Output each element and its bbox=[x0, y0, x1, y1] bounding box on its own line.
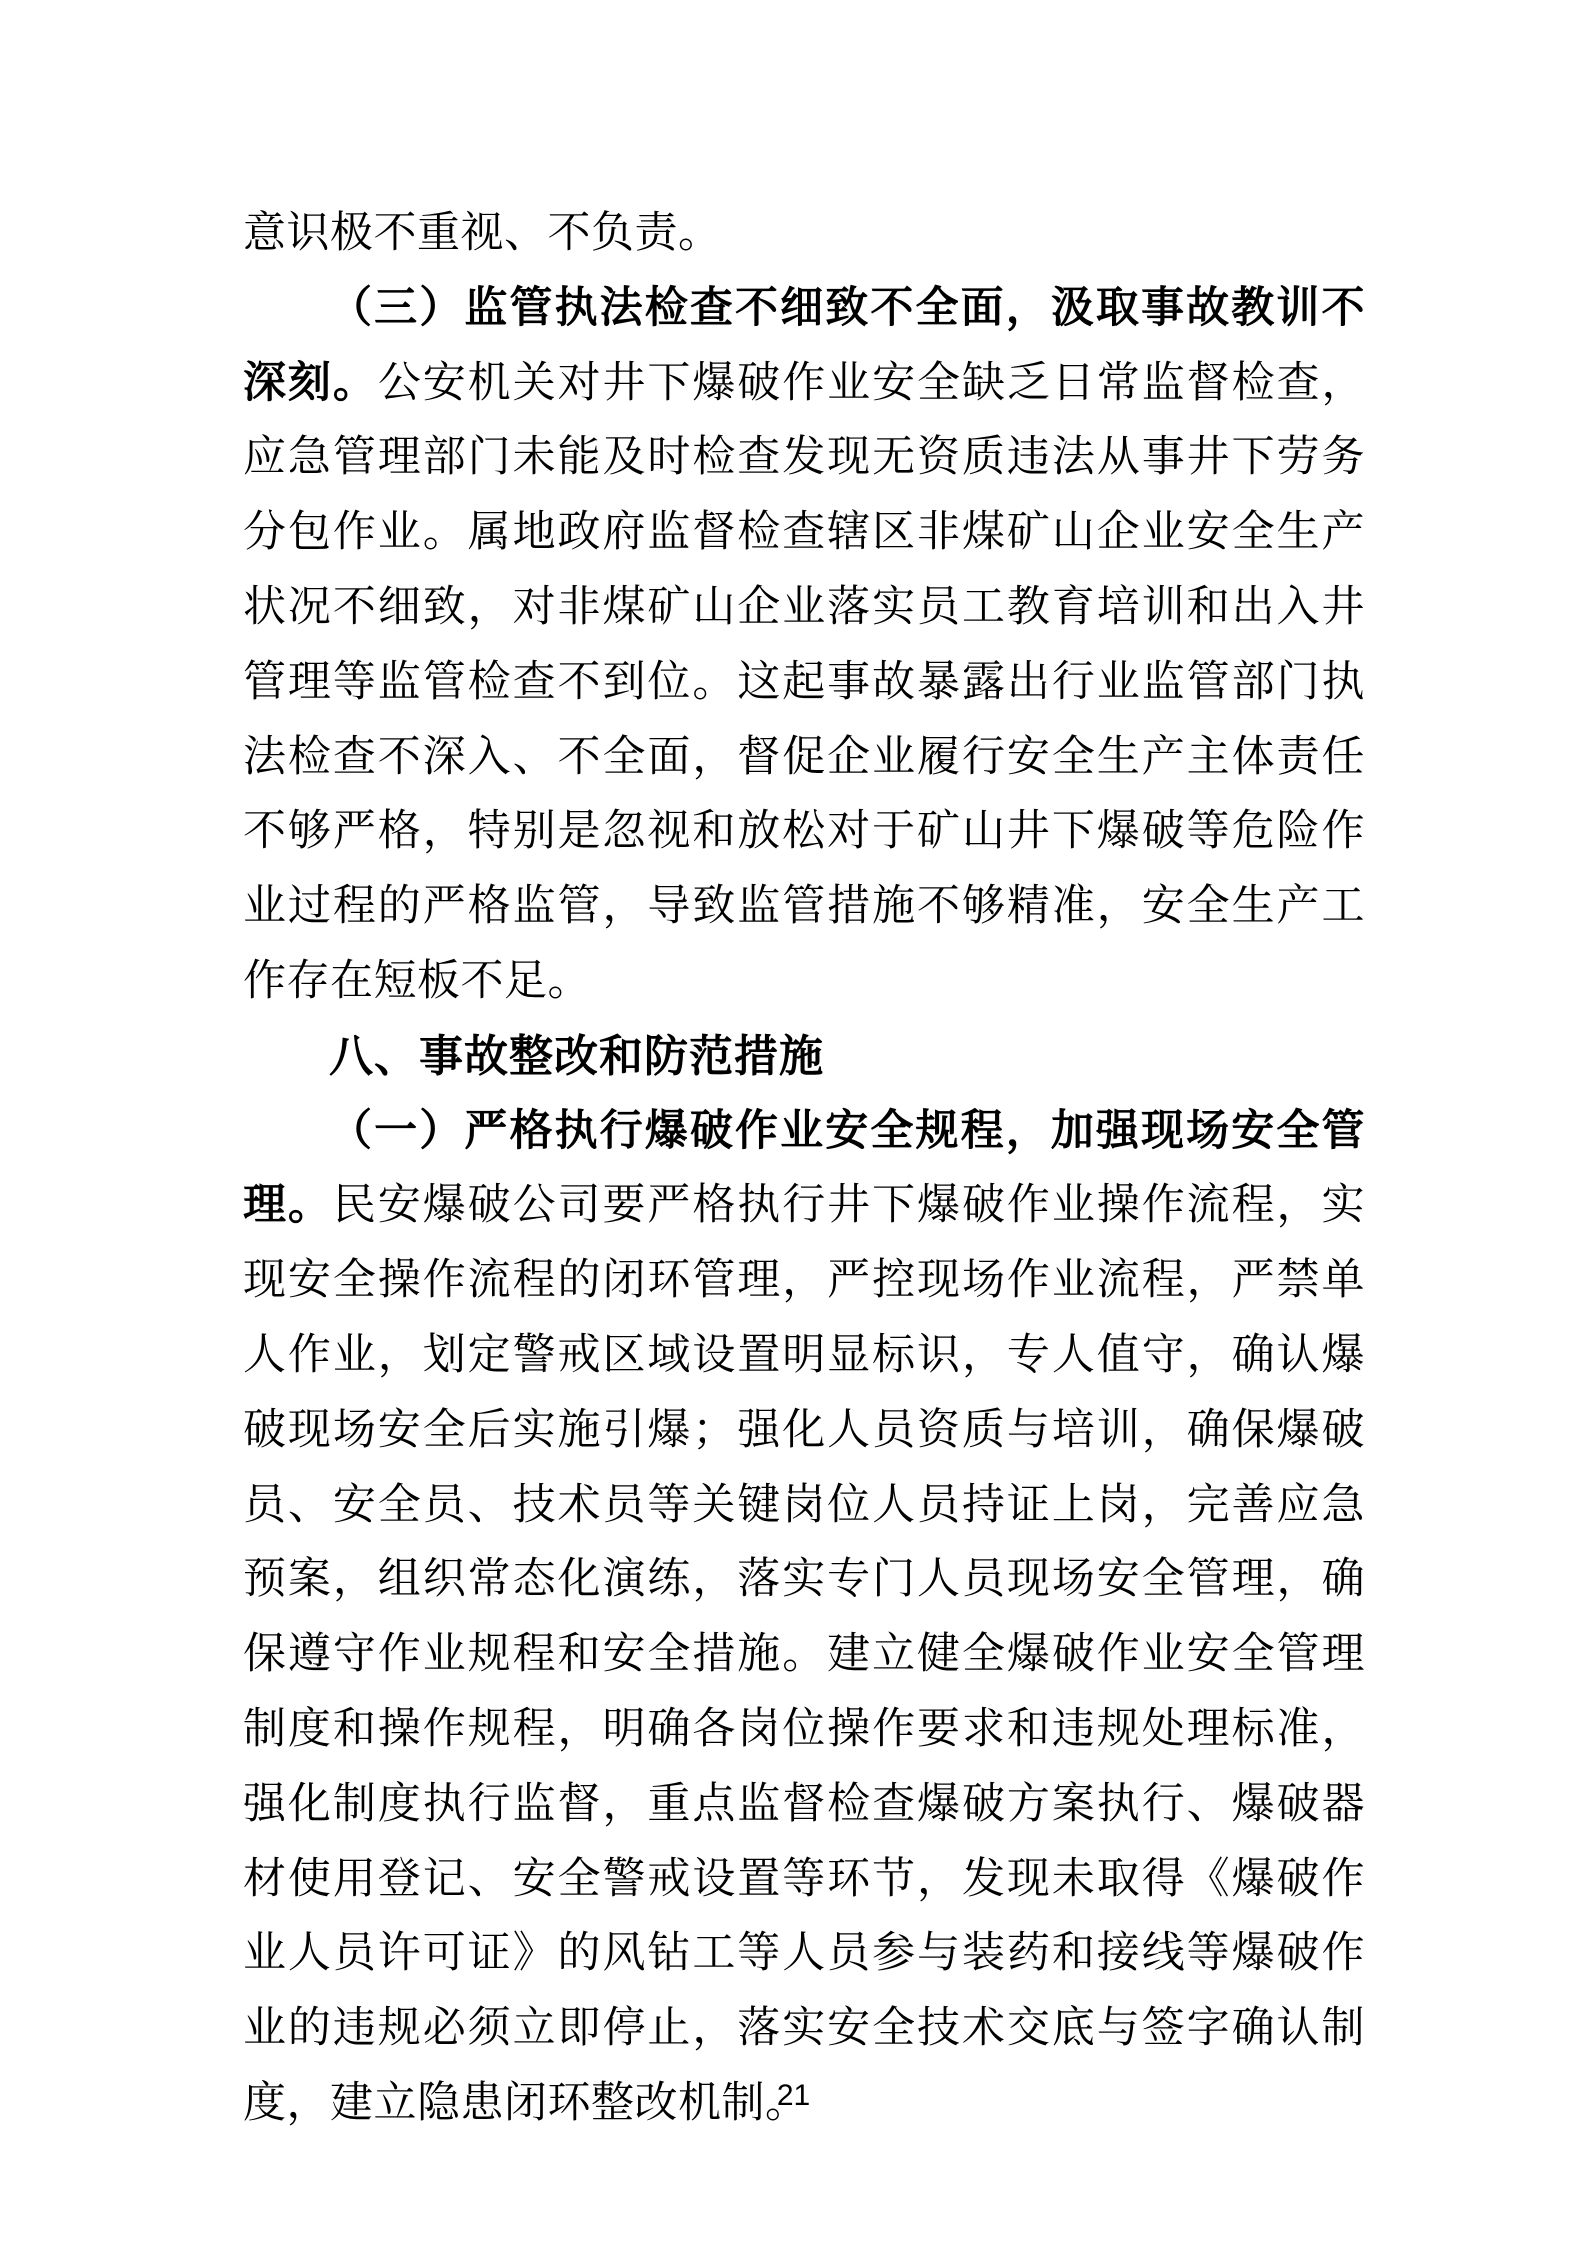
section-one-body: 民安爆破公司要严格执行井下爆破作业操作流程，实现安全操作流程的闭环管理，严控现场… bbox=[243, 1182, 1365, 2127]
chapter-eight-heading: 八、事故整改和防范措施 bbox=[243, 1020, 1365, 1095]
section-three-body: 公安机关对井下爆破作业安全缺乏日常监督检查，应急管理部门未能及时检查发现无资质违… bbox=[243, 360, 1365, 1005]
page-content: 意识极不重视、不负责。 （三）监管执法检查不细致不全面，汲取事故教训不深刻。公安… bbox=[243, 197, 1365, 2142]
paragraph-continuation: 意识极不重视、不负责。 bbox=[243, 197, 1365, 272]
page-number: 21 bbox=[0, 2081, 1587, 2111]
paragraph-section-three: （三）监管执法检查不细致不全面，汲取事故教训不深刻。公安机关对井下爆破作业安全缺… bbox=[243, 272, 1365, 1020]
paragraph-section-one: （一）严格执行爆破作业安全规程，加强现场安全管理。民安爆破公司要严格执行井下爆破… bbox=[243, 1095, 1365, 2142]
document-page: 意识极不重视、不负责。 （三）监管执法检查不细致不全面，汲取事故教训不深刻。公安… bbox=[0, 0, 1587, 2245]
